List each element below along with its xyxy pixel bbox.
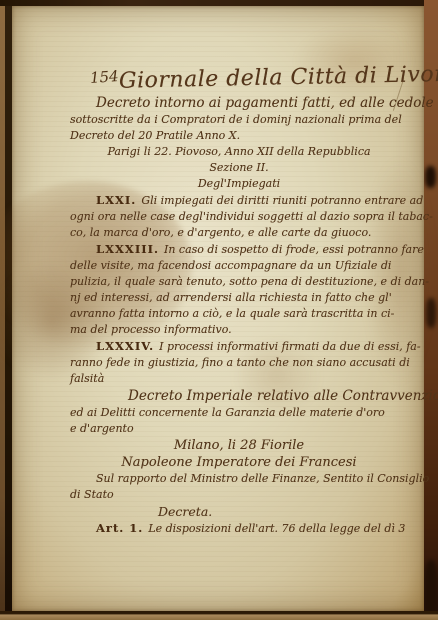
line-text: falsità — [70, 372, 104, 385]
manuscript-line: Parigi li 22. Piovoso, Anno XII della Re… — [70, 144, 408, 160]
line-text: Decreto Imperiale relativo alle Contravv… — [128, 388, 438, 404]
line-text: nj ed interessi, ad arrendersi alla rich… — [70, 291, 392, 304]
page-header: 154 Giornale della Città di Livorno — [72, 46, 416, 90]
manuscript-line: di Stato — [70, 487, 408, 503]
page-number: 154 — [89, 67, 119, 87]
manuscript-line: co, la marca d'oro, e d'argento, e alle … — [70, 225, 408, 241]
gutter-shadow — [5, 0, 12, 620]
manuscript-line: Napoleone Imperatore dei Francesi — [70, 454, 408, 471]
article-number: Art. 1. — [96, 521, 148, 535]
manuscript-line: ranno fede in giustizia, fino a tanto ch… — [70, 355, 408, 371]
manuscript-line: Art. 1. Le disposizioni dell'art. 76 del… — [70, 520, 408, 537]
line-text: Decreto intorno ai pagamenti fatti, ed a… — [96, 95, 434, 111]
line-text: I processi informativi firmati da due di… — [159, 340, 420, 353]
manuscript-line: Decreto Imperiale relativo alle Contravv… — [70, 387, 408, 405]
manuscript-line: sottoscritte da i Compratori de i dominj… — [70, 112, 408, 128]
line-text: Sezione II. — [209, 161, 268, 174]
manuscript-line: LXXI. Gli impiegati dei diritti riuniti … — [70, 192, 408, 209]
line-text: e d'argento — [70, 422, 134, 435]
manuscript-line: avranno fatta intorno a ciò, e la quale … — [70, 306, 408, 322]
manuscript-line: ma del processo informativo. — [70, 322, 408, 338]
line-text: In caso di sospetto di frode, essi potra… — [164, 243, 424, 256]
manuscript-line: falsità — [70, 371, 408, 387]
manuscript-line: Decreto intorno ai pagamenti fatti, ed a… — [70, 94, 408, 112]
manuscript-line: Sul rapporto del Ministro delle Finanze,… — [70, 471, 408, 487]
page-title: Giornale della Città di Livorno — [118, 61, 438, 93]
line-text: Decreto del 20 Pratile Anno X. — [70, 129, 240, 142]
line-text: Degl'Impiegati — [198, 177, 280, 190]
line-text: delle visite, ma facendosi accompagnare … — [70, 259, 391, 272]
line-text: Gli impiegati dei diritti riuniti potran… — [141, 194, 423, 207]
manuscript-line: Decreto del 20 Pratile Anno X. — [70, 128, 408, 144]
line-text: Decreta. — [158, 504, 212, 519]
edge-stain — [425, 166, 436, 188]
article-number: LXXI. — [96, 193, 141, 207]
manuscript-line: e d'argento — [70, 421, 408, 437]
edge-stain — [426, 298, 436, 328]
line-text: pulizia, il quale sarà tenuto, sotto pen… — [70, 275, 429, 288]
line-text: ranno fede in giustizia, fino a tanto ch… — [70, 356, 410, 369]
manuscript-line: ed ai Delitti concernente la Garanzia de… — [70, 405, 408, 421]
manuscript-line: Sezione II. — [70, 160, 408, 176]
manuscript-line: delle visite, ma facendosi accompagnare … — [70, 258, 408, 274]
manuscript-line: LXXXIII. In caso di sospetto di frode, e… — [70, 241, 408, 258]
book-spread: 154 Giornale della Città di Livorno Decr… — [0, 0, 438, 620]
bottom-page-edge — [0, 611, 438, 620]
line-text: Parigi li 22. Piovoso, Anno XII della Re… — [107, 145, 370, 158]
manuscript-line: Degl'Impiegati — [70, 176, 408, 192]
line-text: Sul rapporto del Ministro delle Finanze,… — [96, 472, 429, 485]
text-block: Decreto intorno ai pagamenti fatti, ed a… — [70, 94, 408, 537]
manuscript-line: pulizia, il quale sarà tenuto, sotto pen… — [70, 274, 408, 290]
line-text: avranno fatta intorno a ciò, e la quale … — [70, 307, 394, 320]
line-text: ma del processo informativo. — [70, 323, 232, 336]
line-text: di Stato — [70, 488, 114, 501]
manuscript-line: ogni ora nelle case degl'individui sogge… — [70, 209, 408, 225]
line-text: co, la marca d'oro, e d'argento, e alle … — [70, 226, 371, 239]
article-number: LXXXIV. — [96, 339, 159, 353]
line-text: sottoscritte da i Compratori de i dominj… — [70, 113, 402, 126]
manuscript-line: LXXXIV. I processi informativi firmati d… — [70, 338, 408, 355]
line-text: Napoleone Imperatore dei Francesi — [121, 455, 356, 470]
line-text: Milano, li 28 Fiorile — [174, 438, 304, 453]
manuscript-line: Milano, li 28 Fiorile — [70, 437, 408, 454]
right-page-edges — [424, 0, 438, 620]
manuscript-line: nj ed interessi, ad arrendersi alla rich… — [70, 290, 408, 306]
manuscript-page: 154 Giornale della Città di Livorno Decr… — [12, 6, 424, 611]
article-number: LXXXIII. — [96, 242, 164, 256]
line-text: Le disposizioni dell'art. 76 della legge… — [148, 522, 405, 535]
line-text: ed ai Delitti concernente la Garanzia de… — [70, 406, 385, 419]
manuscript-line: Decreta. — [70, 503, 408, 520]
line-text: ogni ora nelle case degl'individui sogge… — [70, 210, 433, 223]
